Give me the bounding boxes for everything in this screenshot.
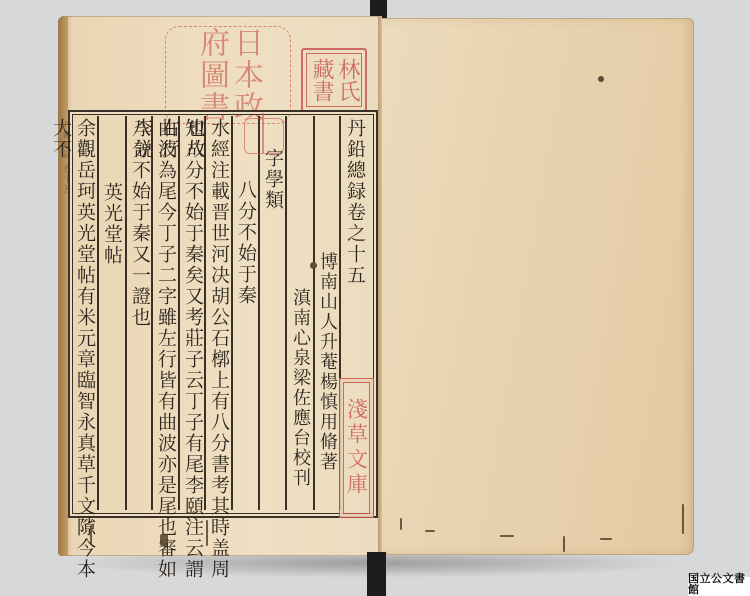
volume-title: 丹鉛總録卷之十五 [343, 118, 367, 286]
ink-spot [598, 76, 604, 82]
worm-damage [682, 504, 684, 534]
author-line: 博南山人升菴楊慎用脩著 [315, 252, 339, 472]
bookmark-ribbon-bottom [367, 552, 386, 596]
category-heading: 字學類 [261, 148, 285, 211]
seal-asakusa-bunko: 淺草文庫 [339, 378, 374, 518]
worm-damage [400, 518, 402, 530]
column-divider [285, 116, 287, 510]
worm-damage [600, 538, 612, 540]
worm-damage [90, 525, 92, 545]
archive-watermark: 国立公文書館 National Archives of Japan [688, 577, 750, 596]
entry-body-line: 余觀岳珂英光堂帖有米元章臨智永真草千文𨻶今本大不 [73, 118, 97, 596]
seal-overlap-mark [244, 118, 284, 154]
ink-spot [310, 262, 317, 269]
seal-hayashi-collection: 林氏藏書 [301, 48, 367, 112]
right-page-blank [380, 18, 694, 555]
entry-heading: 八分不始于秦 [234, 180, 258, 306]
worm-damage [500, 535, 514, 537]
entry-body-line: 曲波為尾今丁子二字雖左行皆有曲波亦是尾也審如李説 [154, 118, 178, 596]
worm-damage [563, 536, 565, 552]
worm-damage [425, 530, 435, 532]
column-divider [231, 116, 233, 510]
worm-damage [160, 534, 168, 546]
page-gutter [378, 16, 382, 556]
worm-damage [206, 520, 208, 546]
entry-heading: 英光堂帖 [100, 182, 124, 266]
entry-body-line: 八分不始于秦又一證也 [128, 118, 152, 328]
column-divider [97, 116, 99, 510]
editor-line: 滇南心泉梁佐應台校刊 [288, 288, 312, 488]
column-divider [125, 116, 127, 510]
watermark-jp: 国立公文書館 [688, 573, 750, 595]
entry-body-line: 知八分不始于秦矣又考莊子云丁子有尾李頤注云謂右行 [181, 118, 205, 596]
column-divider [258, 116, 260, 510]
column-divider [178, 116, 180, 510]
entry-body-line: 水經注載晋世河决胡公石槨上有八分書考其時盖周也故 [207, 118, 231, 596]
